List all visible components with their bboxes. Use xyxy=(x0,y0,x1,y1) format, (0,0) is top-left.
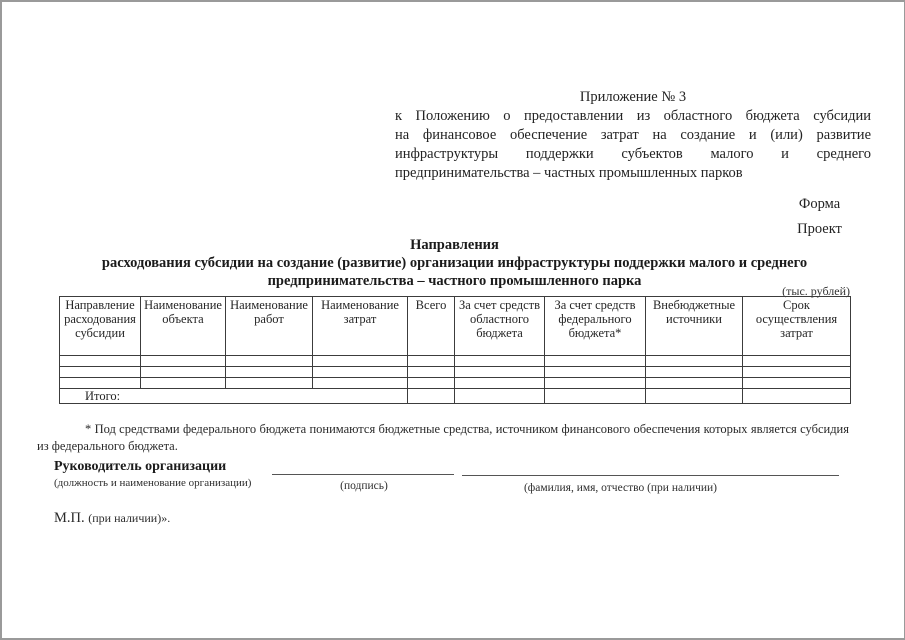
col-header-total: Всего xyxy=(408,297,455,356)
table-row xyxy=(60,367,851,378)
col-header-object: Наименование объекта xyxy=(141,297,226,356)
appendix-block: Приложение № 3 к Положению о предоставле… xyxy=(395,88,871,183)
col-header-regional-budget: За счет средств областного бюджета xyxy=(455,297,545,356)
table-cell xyxy=(226,367,313,378)
footnote-line2: из федерального бюджета. xyxy=(37,438,849,455)
table-cell xyxy=(455,378,545,389)
table-row xyxy=(60,356,851,367)
document-title-line2: расходования субсидии на создание (разви… xyxy=(22,254,887,272)
footnote: * Под средствами федерального бюджета по… xyxy=(37,421,849,455)
table-cell xyxy=(455,367,545,378)
table-cell xyxy=(743,356,851,367)
table-cell xyxy=(60,367,141,378)
stamp-line: М.П. (при наличии)». xyxy=(54,510,170,527)
document-page: Приложение № 3 к Положению о предоставле… xyxy=(0,0,905,640)
appendix-line: к Положению о предоставлении из областно… xyxy=(395,107,871,126)
table-cell xyxy=(545,356,646,367)
table-row xyxy=(60,378,851,389)
signature-line xyxy=(272,474,454,475)
table-cell xyxy=(141,367,226,378)
expenditure-table: Направление расходования субсидии Наимен… xyxy=(59,296,851,404)
table-cell xyxy=(646,367,743,378)
col-header-works: Наименование работ xyxy=(226,297,313,356)
fullname-line xyxy=(462,475,839,476)
stamp-abbr: М.П. xyxy=(54,510,85,526)
table-cell xyxy=(455,356,545,367)
table-cell xyxy=(408,356,455,367)
table-cell xyxy=(60,378,141,389)
table-cell xyxy=(313,367,408,378)
table-cell xyxy=(743,389,851,404)
fullname-caption: (фамилия, имя, отчество (при наличии) xyxy=(432,482,809,494)
total-label-cell: Итого: xyxy=(60,389,408,404)
table-cell xyxy=(141,356,226,367)
table-cell xyxy=(226,356,313,367)
col-header-term: Срок осуществления затрат xyxy=(743,297,851,356)
table-cell xyxy=(60,356,141,367)
signature-head-caption: (должность и наименование организации) xyxy=(54,477,251,489)
table-cell xyxy=(408,378,455,389)
form-label: Форма xyxy=(742,196,897,213)
table-cell xyxy=(646,356,743,367)
table-cell xyxy=(313,378,408,389)
signature-head: Руководитель организации xyxy=(54,459,226,475)
appendix-line: на финансовое обеспечение затрат на созд… xyxy=(395,126,871,145)
table-cell xyxy=(455,389,545,404)
table-cell xyxy=(646,389,743,404)
table-cell xyxy=(545,367,646,378)
appendix-number: Приложение № 3 xyxy=(395,88,871,107)
table-cell xyxy=(545,378,646,389)
table-header-row: Направление расходования субсидии Наимен… xyxy=(60,297,851,356)
col-header-extrabudget: Внебюджетные источники xyxy=(646,297,743,356)
document-title: Направления расходования субсидии на соз… xyxy=(22,236,887,290)
table-cell xyxy=(743,378,851,389)
table-cell xyxy=(408,389,455,404)
table-cell xyxy=(646,378,743,389)
signature-caption: (подпись) xyxy=(284,480,444,492)
stamp-note: (при наличии)». xyxy=(88,511,170,525)
appendix-line: предпринимательства – частных промышленн… xyxy=(395,164,871,183)
footnote-line1: * Под средствами федерального бюджета по… xyxy=(37,421,849,438)
table-total-row: Итого: xyxy=(60,389,851,404)
table-cell xyxy=(313,356,408,367)
document-title-line1: Направления xyxy=(22,236,887,254)
col-header-costs: Наименование затрат xyxy=(313,297,408,356)
col-header-direction: Направление расходования субсидии xyxy=(60,297,141,356)
table-cell xyxy=(141,378,226,389)
appendix-line: инфраструктуры поддержки субъектов малог… xyxy=(395,145,871,164)
table-cell xyxy=(545,389,646,404)
table-cell xyxy=(408,367,455,378)
col-header-federal-budget: За счет средств федерального бюджета* xyxy=(545,297,646,356)
table-cell xyxy=(743,367,851,378)
table-cell xyxy=(226,378,313,389)
